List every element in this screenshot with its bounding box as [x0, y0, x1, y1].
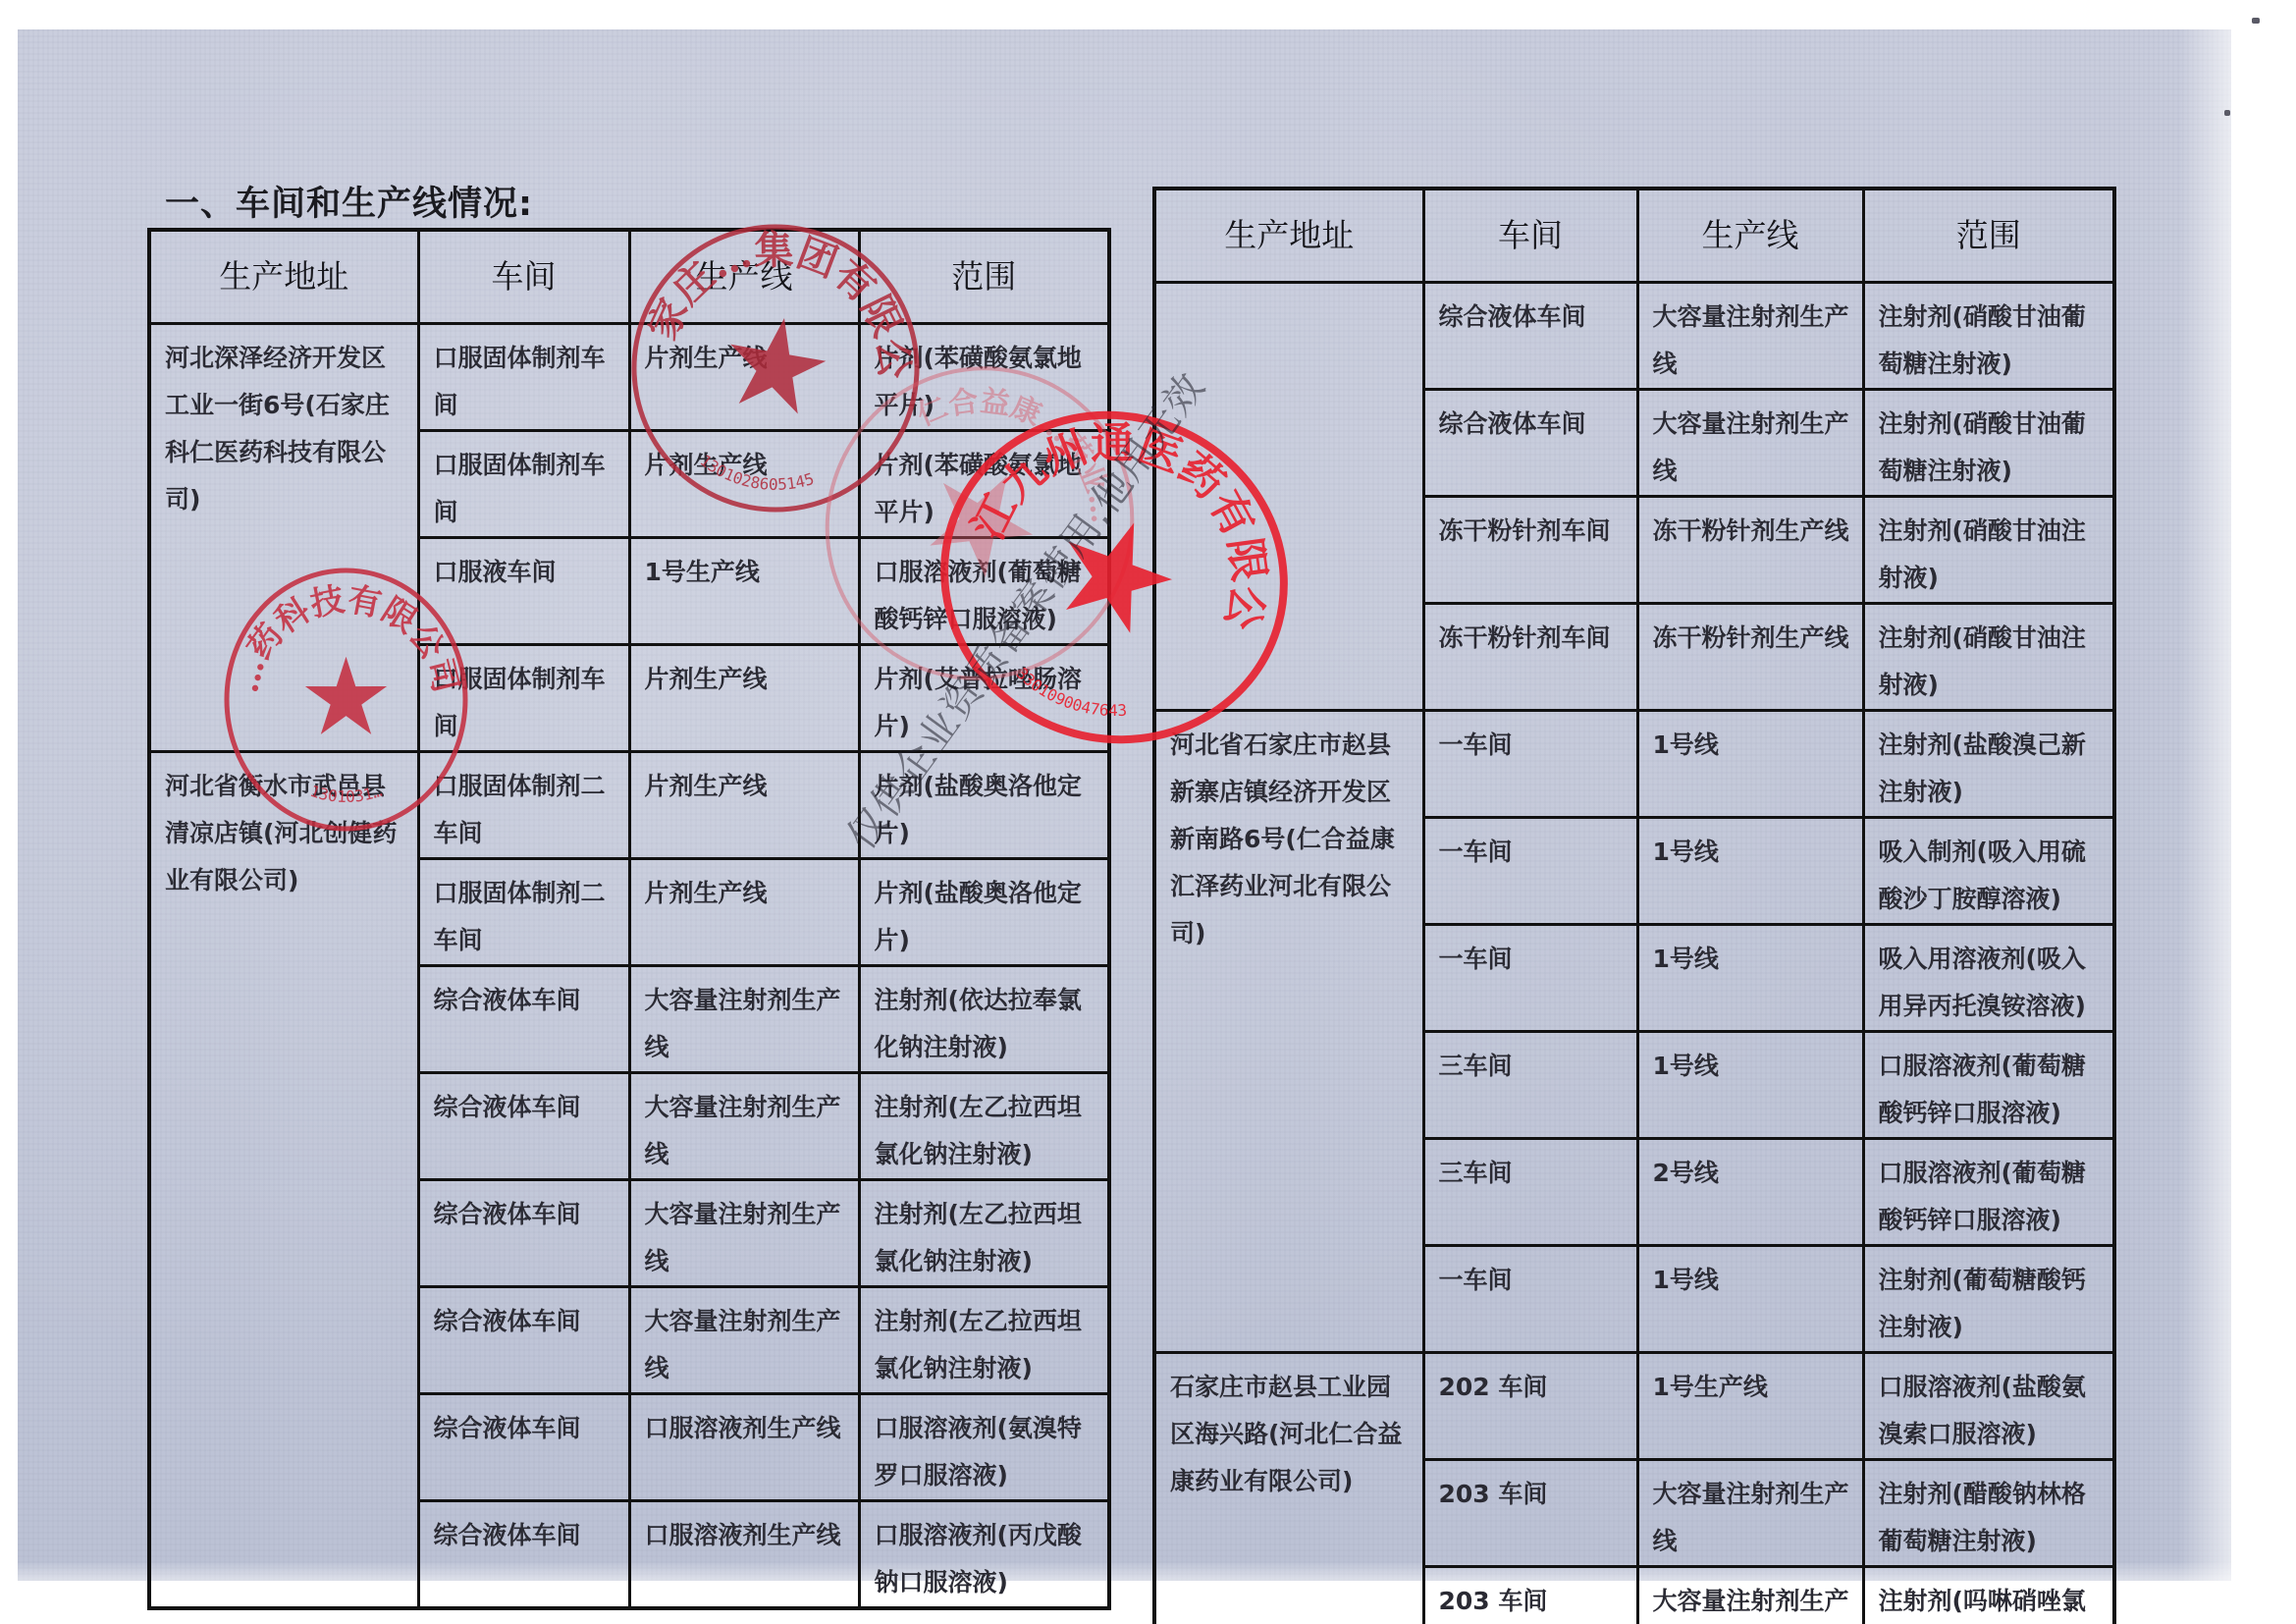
scan-speck	[2252, 18, 2260, 24]
table-body: 综合液体车间大容量注射剂生产线注射剂(硝酸甘油葡萄糖注射液)综合液体车间大容量注…	[1154, 282, 2114, 1624]
cell-scope: 口服溶液剂(丙戊酸钠口服溶液)	[859, 1500, 1109, 1608]
table-row: 石家庄市赵县工业园区海兴路(河北仁合益康药业有限公司)202 车间1号生产线口服…	[1154, 1352, 2114, 1459]
cell-scope: 注射剂(硝酸甘油注射液)	[1863, 603, 2114, 710]
cell-workshop: 综合液体车间	[418, 1393, 629, 1500]
cell-line: 口服溶液剂生产线	[629, 1393, 859, 1500]
cell-scope: 注射剂(醋酸钠林格葡萄糖注射液)	[1863, 1459, 2114, 1566]
cell-scope: 口服溶液剂(盐酸氨溴索口服溶液)	[1863, 1352, 2114, 1459]
cell-line: 大容量注射剂生产线	[629, 1179, 859, 1286]
cell-line: 大容量注射剂生产	[1637, 1566, 1863, 1624]
cell-line: 片剂生产线	[629, 430, 859, 537]
table-row: 河北深泽经济开发区工业一街6号(石家庄科仁医药科技有限公司)口服固体制剂车间片剂…	[149, 323, 1109, 430]
cell-scope: 注射剂(硝酸甘油注射液)	[1863, 496, 2114, 603]
cell-address: 河北省石家庄市赵县新寨店镇经济开发区新南路6号(仁合益康汇泽药业河北有限公司)	[1154, 710, 1423, 1352]
column-header-address: 生产地址	[149, 230, 418, 323]
cell-workshop: 一车间	[1423, 924, 1637, 1031]
cell-scope: 片剂(艾普拉唑肠溶片)	[859, 644, 1109, 751]
cell-workshop: 口服固体制剂车间	[418, 644, 629, 751]
cell-scope: 片剂(盐酸奥洛他定片)	[859, 751, 1109, 858]
column-header-address: 生产地址	[1154, 189, 1423, 282]
section-title: 一、车间和生产线情况:	[165, 177, 533, 226]
cell-workshop: 口服固体制剂车间	[418, 323, 629, 430]
cell-workshop: 冻干粉针剂车间	[1423, 603, 1637, 710]
workshop-table-right: 生产地址 车间 生产线 范围 综合液体车间大容量注射剂生产线注射剂(硝酸甘油葡萄…	[1152, 187, 2116, 1624]
cell-scope: 注射剂(左乙拉西坦氯化钠注射液)	[859, 1286, 1109, 1393]
cell-workshop: 综合液体车间	[418, 1286, 629, 1393]
cell-address	[1154, 282, 1423, 710]
cell-scope: 口服溶液剂(葡萄糖酸钙锌口服溶液)	[1863, 1031, 2114, 1138]
cell-address: 河北深泽经济开发区工业一街6号(石家庄科仁医药科技有限公司)	[149, 323, 418, 751]
column-header-workshop: 车间	[1423, 189, 1637, 282]
scan-edge	[2179, 29, 2296, 1581]
cell-line: 片剂生产线	[629, 323, 859, 430]
table-row: 综合液体车间大容量注射剂生产线注射剂(硝酸甘油葡萄糖注射液)	[1154, 282, 2114, 389]
cell-address: 石家庄市赵县工业园区海兴路(河北仁合益康药业有限公司)	[1154, 1352, 1423, 1624]
table-row: 河北省石家庄市赵县新寨店镇经济开发区新南路6号(仁合益康汇泽药业河北有限公司)一…	[1154, 710, 2114, 817]
cell-scope: 注射剂(硝酸甘油葡萄糖注射液)	[1863, 389, 2114, 496]
cell-workshop: 口服固体制剂二车间	[418, 858, 629, 965]
cell-scope: 片剂(苯磺酸氨氯地平片)	[859, 323, 1109, 430]
table-row: 河北省衡水市武邑县清凉店镇(河北创健药业有限公司)口服固体制剂二车间片剂生产线片…	[149, 751, 1109, 858]
cell-line: 1号生产线	[629, 537, 859, 644]
cell-line: 大容量注射剂生产线	[629, 1072, 859, 1179]
column-header-workshop: 车间	[418, 230, 629, 323]
scan-speck	[2224, 110, 2230, 116]
cell-scope: 口服溶液剂(葡萄糖酸钙锌口服溶液)	[1863, 1138, 2114, 1245]
cell-line: 1号线	[1637, 817, 1863, 924]
column-header-line: 生产线	[629, 230, 859, 323]
cell-workshop: 综合液体车间	[418, 1500, 629, 1608]
cell-scope: 注射剂(吗啉硝唑氯	[1863, 1566, 2114, 1624]
cell-workshop: 口服液车间	[418, 537, 629, 644]
cell-scope: 片剂(盐酸奥洛他定片)	[859, 858, 1109, 965]
cell-line: 1号线	[1637, 1245, 1863, 1352]
cell-line: 大容量注射剂生产线	[1637, 282, 1863, 389]
table-header-row: 生产地址 车间 生产线 范围	[1154, 189, 2114, 282]
cell-workshop: 口服固体制剂二车间	[418, 751, 629, 858]
cell-workshop: 综合液体车间	[1423, 389, 1637, 496]
cell-scope: 注射剂(盐酸溴己新注射液)	[1863, 710, 2114, 817]
cell-workshop: 综合液体车间	[418, 1072, 629, 1179]
cell-workshop: 综合液体车间	[418, 965, 629, 1072]
cell-workshop: 综合液体车间	[1423, 282, 1637, 389]
cell-line: 1号线	[1637, 710, 1863, 817]
cell-workshop: 一车间	[1423, 1245, 1637, 1352]
cell-line: 1号生产线	[1637, 1352, 1863, 1459]
cell-scope: 吸入用溶液剂(吸入用异丙托溴铵溶液)	[1863, 924, 2114, 1031]
cell-workshop: 三车间	[1423, 1031, 1637, 1138]
cell-workshop: 203 车间	[1423, 1566, 1637, 1624]
cell-line: 大容量注射剂生产线	[629, 965, 859, 1072]
cell-line: 片剂生产线	[629, 644, 859, 751]
cell-line: 片剂生产线	[629, 751, 859, 858]
cell-line: 大容量注射剂生产线	[629, 1286, 859, 1393]
cell-scope: 口服溶液剂(葡萄糖酸钙锌口服溶液)	[859, 537, 1109, 644]
cell-line: 冻干粉针剂生产线	[1637, 603, 1863, 710]
cell-workshop: 三车间	[1423, 1138, 1637, 1245]
cell-scope: 注射剂(左乙拉西坦氯化钠注射液)	[859, 1072, 1109, 1179]
cell-scope: 口服溶液剂(氨溴特罗口服溶液)	[859, 1393, 1109, 1500]
cell-scope: 注射剂(葡萄糖酸钙注射液)	[1863, 1245, 2114, 1352]
cell-line: 片剂生产线	[629, 858, 859, 965]
workshop-table-left: 生产地址 车间 生产线 范围 河北深泽经济开发区工业一街6号(石家庄科仁医药科技…	[147, 228, 1111, 1610]
cell-line: 1号线	[1637, 924, 1863, 1031]
cell-scope: 注射剂(依达拉奉氯化钠注射液)	[859, 965, 1109, 1072]
cell-line: 口服溶液剂生产线	[629, 1500, 859, 1608]
table-body: 河北深泽经济开发区工业一街6号(石家庄科仁医药科技有限公司)口服固体制剂车间片剂…	[149, 323, 1109, 1608]
column-header-scope: 范围	[859, 230, 1109, 323]
cell-workshop: 一车间	[1423, 817, 1637, 924]
cell-scope: 注射剂(左乙拉西坦氯化钠注射液)	[859, 1179, 1109, 1286]
cell-scope: 注射剂(硝酸甘油葡萄糖注射液)	[1863, 282, 2114, 389]
cell-line: 大容量注射剂生产线	[1637, 389, 1863, 496]
table-header-row: 生产地址 车间 生产线 范围	[149, 230, 1109, 323]
cell-line: 冻干粉针剂生产线	[1637, 496, 1863, 603]
cell-scope: 片剂(苯磺酸氨氯地平片)	[859, 430, 1109, 537]
column-header-line: 生产线	[1637, 189, 1863, 282]
cell-scope: 吸入制剂(吸入用硫酸沙丁胺醇溶液)	[1863, 817, 2114, 924]
cell-workshop: 一车间	[1423, 710, 1637, 817]
cell-workshop: 冻干粉针剂车间	[1423, 496, 1637, 603]
cell-line: 1号线	[1637, 1031, 1863, 1138]
cell-workshop: 202 车间	[1423, 1352, 1637, 1459]
cell-workshop: 口服固体制剂车间	[418, 430, 629, 537]
cell-address: 河北省衡水市武邑县清凉店镇(河北创健药业有限公司)	[149, 751, 418, 1608]
cell-line: 2号线	[1637, 1138, 1863, 1245]
column-header-scope: 范围	[1863, 189, 2114, 282]
cell-workshop: 综合液体车间	[418, 1179, 629, 1286]
cell-line: 大容量注射剂生产线	[1637, 1459, 1863, 1566]
cell-workshop: 203 车间	[1423, 1459, 1637, 1566]
